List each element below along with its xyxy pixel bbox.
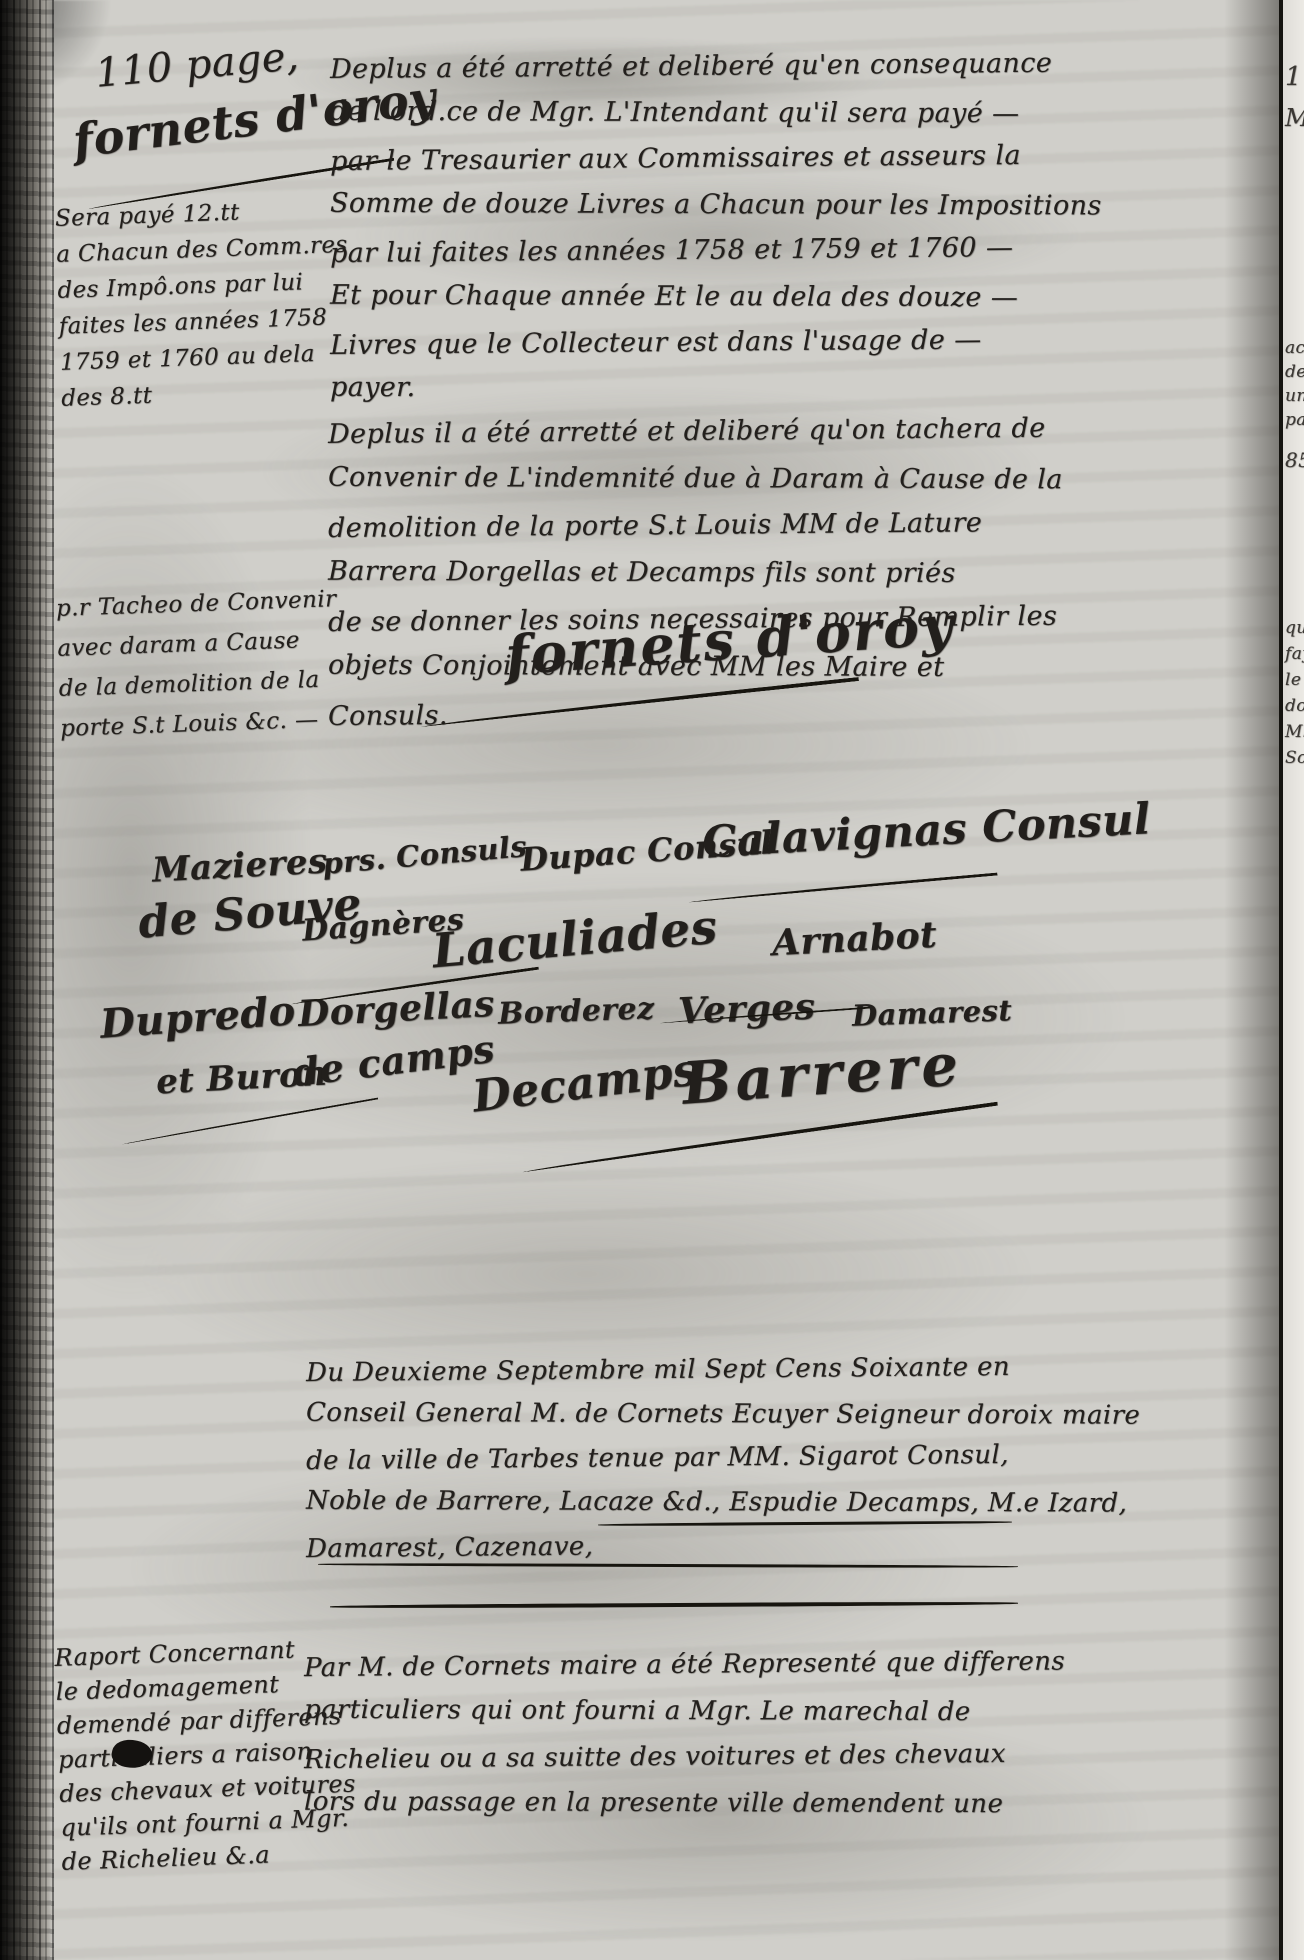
- next-page-text-fragment: Soub: [1285, 748, 1304, 768]
- signature: Calavignas Consul: [701, 794, 1152, 867]
- next-page-text-fragment: M: [1285, 104, 1304, 132]
- signature: Damarest: [851, 993, 1012, 1033]
- margin-note-raport: Raport Concernantle dedomagementdemendé …: [54, 1631, 342, 1879]
- signature: Laculiades: [430, 900, 719, 980]
- next-page-text-fragment: dor: [1285, 696, 1304, 716]
- next-page-text-fragment: Mlle: [1285, 722, 1304, 742]
- next-page-text-fragment: 85: [1285, 448, 1304, 472]
- next-page-text-fragment: que: [1285, 618, 1304, 638]
- next-page-text-fragment: acc: [1285, 338, 1304, 358]
- signature: Dupredo: [99, 987, 298, 1048]
- next-page-text-fragment: une: [1285, 386, 1304, 406]
- signature: Dorgellas: [297, 983, 496, 1035]
- handwritten-line: particuliers qui ont fourni a Mgr. Le ma…: [304, 1687, 1014, 1735]
- handwritten-line: Noble de Barrere, Lacaze &d., Espudie De…: [306, 1479, 1016, 1525]
- next-page-text-fragment: dedo: [1285, 362, 1304, 382]
- raport-paragraph: Par M. de Cornets maire a été Representé…: [304, 1642, 1014, 1826]
- session-date-paragraph: Du Deuxieme Septembre mil Sept Cens Soix…: [306, 1348, 1016, 1568]
- next-page-text-fragment: fay: [1285, 644, 1304, 664]
- signature: Arnabot: [771, 914, 938, 965]
- handwritten-line: Conseil General M. de Cornets Ecuyer Sei…: [306, 1391, 1016, 1437]
- next-page-text-fragment: part: [1285, 410, 1304, 430]
- handwritten-line: Par M. de Cornets maire a été Representé…: [304, 1639, 1014, 1691]
- next-page-text-fragment: 17: [1285, 62, 1304, 92]
- handwritten-line: Du Deuxieme Septembre mil Sept Cens Soix…: [306, 1345, 1016, 1395]
- handwritten-line: Richelieu ou a sa suitte des voitures et…: [304, 1731, 1014, 1783]
- signature: prs. Consuls: [321, 829, 528, 881]
- next-page-sliver: 17Maccdedounepart85quefayle BdorMlleSoub: [1283, 0, 1304, 1960]
- handwritten-line: de la ville de Tarbes tenue par MM. Siga…: [306, 1433, 1016, 1483]
- signature: Borderez: [497, 991, 655, 1031]
- gutter-shadow: [1224, 0, 1280, 1960]
- signature: Decamps: [470, 1044, 701, 1122]
- signature: Verges: [677, 986, 816, 1033]
- signature: Barrere: [680, 1030, 964, 1117]
- signature: de camps: [290, 1026, 497, 1095]
- manuscript-page: 110 page, fornets d'oroy Deplus a été ar…: [0, 0, 1304, 1960]
- handwritten-line: lors du passage en la presente ville dem…: [304, 1779, 1014, 1827]
- next-page-text-fragment: le B: [1285, 670, 1304, 690]
